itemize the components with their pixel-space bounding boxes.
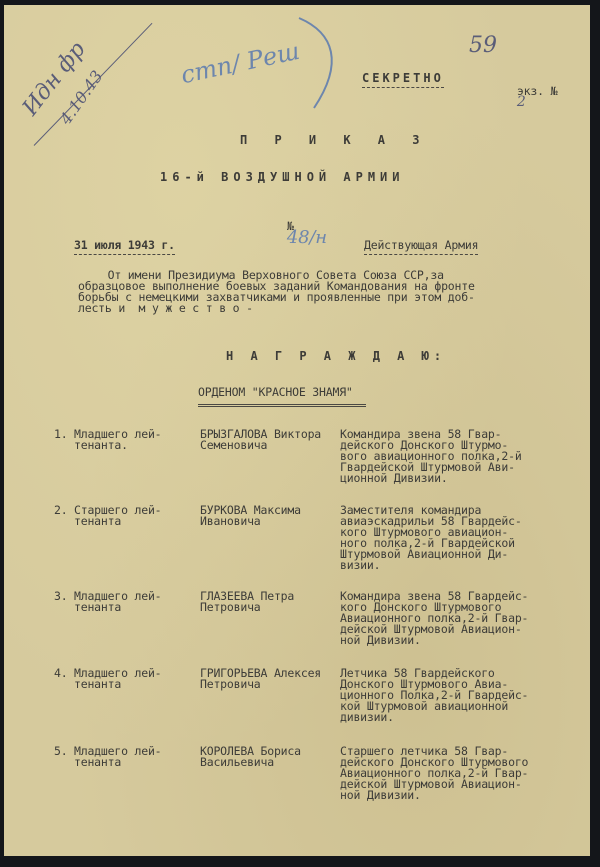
award-order-name: ОРДЕНОМ "КРАСНОЕ ЗНАМЯ" <box>198 387 353 398</box>
recipient-position: Заместителя командира авиаэскадрильи 58 … <box>340 505 522 571</box>
handwritten-signature: стп/ Реш <box>178 37 302 89</box>
order-place: Действующая Армия <box>364 240 478 255</box>
recipient-rank: Младшего лей- тенанта <box>74 746 161 768</box>
order-number-value: 48/н <box>287 227 327 248</box>
preamble-line: лесть и м у ж е с т в о - <box>78 303 253 314</box>
recipient-number: 2. <box>54 505 67 516</box>
award-order-underline <box>198 404 366 407</box>
recipient-position: Летчика 58 Гвардейского Донского Штурмов… <box>340 668 528 723</box>
copy-label: экз. № 2 <box>490 75 557 119</box>
award-verb: Н А Г Р А Ж Д А Ю: <box>226 351 446 362</box>
order-number: № 48/н <box>260 210 327 256</box>
copy-number: 2 <box>517 94 526 110</box>
recipient-position: Старшего летчика 58 Гвар- дейского Донск… <box>340 746 528 801</box>
recipient-position: Командира звена 58 Гвардейс- кого Донско… <box>340 591 528 646</box>
recipient-number: 3. <box>54 591 67 602</box>
recipient-number: 1. <box>54 429 67 440</box>
recipient-name: КОРОЛЕВА Бориса Васильевича <box>200 746 301 768</box>
signature-stroke <box>294 13 354 113</box>
recipient-position: Командира звена 58 Гвар- дейского Донско… <box>340 429 522 484</box>
document-page: Идн фр 4.10.43 стп/ Реш 59 СЕКРЕТНО экз.… <box>4 5 590 856</box>
order-title: П Р И К А З <box>240 135 429 146</box>
recipient-rank: Младшего лей- тенанта <box>74 668 161 690</box>
handwritten-sheet-number: 59 <box>469 33 497 58</box>
recipient-rank: Старшего лей- тенанта <box>74 505 161 527</box>
recipient-rank: Младшего лей- тенанта <box>74 591 161 613</box>
recipient-rank: Младшего лей- тенанта. <box>74 429 161 451</box>
recipient-name: ГРИГОРЬЕВА Алексея Петровича <box>200 668 321 690</box>
recipient-name: БРЫЗГАЛОВА Виктора Семеновича <box>200 429 321 451</box>
recipient-name: БУРКОВА Максима Ивановича <box>200 505 301 527</box>
recipient-number: 4. <box>54 668 67 679</box>
recipient-number: 5. <box>54 746 67 757</box>
order-date: 31 июля 1943 г. <box>74 240 175 255</box>
recipient-name: ГЛАЗЕЕВА Петра Петровича <box>200 591 294 613</box>
army-title: 16-й ВОЗДУШНОЙ АРМИИ <box>160 172 405 183</box>
classification-stamp: СЕКРЕТНО <box>362 73 444 88</box>
